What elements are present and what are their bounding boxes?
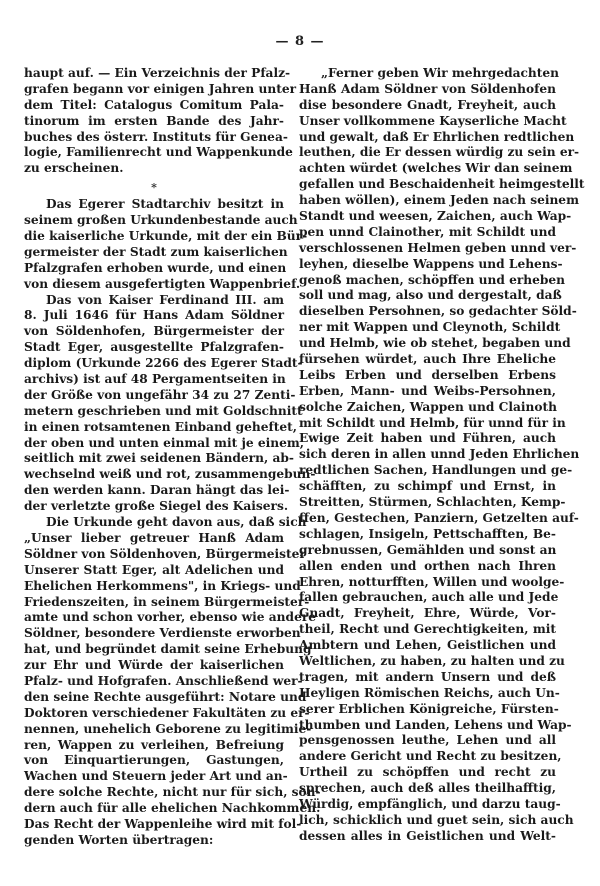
text-line: Pfalz- und Hofgrafen. Anschließend wer- bbox=[24, 674, 284, 690]
text-line: metern geschrieben und mit Goldschnitt bbox=[24, 404, 284, 420]
text-line: theil, Recht und Gerechtigkeiten, mit bbox=[299, 622, 556, 638]
text-line: von diesem ausgefertigten Wappenbrief. bbox=[24, 277, 284, 293]
text-line: Unserer Statt Eger, alt Adelichen und bbox=[24, 563, 284, 579]
text-line: Söldner von Söldenhoven, Bürgermeister bbox=[24, 547, 284, 563]
text-line: dem Titel: Catalogus Comitum Pala- bbox=[24, 98, 284, 114]
text-line: Ewige Zeit haben und Führen, auch bbox=[299, 431, 556, 447]
text-line: zur Ehr und Würde der kaiserlichen bbox=[24, 658, 284, 674]
text-line: gefallen und Beschaidenheit heimgestellt bbox=[299, 177, 556, 193]
text-line: Hanß Adam Söldner von Söldenhofen bbox=[299, 82, 556, 98]
text-line: Ehren, notturfften, Willen und woolge- bbox=[299, 575, 556, 591]
text-line: dise besondere Gnadt, Freyheit, auch bbox=[299, 98, 556, 114]
text-line: dern auch für alle ehelichen Nachkommen. bbox=[24, 801, 284, 817]
text-line: Söldner, besondere Verdienste erworben bbox=[24, 626, 284, 642]
text-line: mit Schildt und Helmb, für unnd für in bbox=[299, 416, 556, 432]
text-line: Erben, Mann- und Weibs-Persohnen, bbox=[299, 384, 556, 400]
text-line: seitlich mit zwei seidenen Bändern, ab- bbox=[24, 451, 284, 467]
text-line: sich deren in allen unnd Jeden Ehrlichen bbox=[299, 447, 556, 463]
text-line: von Einquartierungen, Gastungen, bbox=[24, 753, 284, 769]
text-line: Urtheil zu schöpffen und recht zu bbox=[299, 765, 556, 781]
right-column: „Ferner geben Wir mehrgedachtenHanß Adam… bbox=[299, 66, 556, 845]
text-line: genden Worten übertragen: bbox=[24, 833, 284, 849]
text-line: den werden kann. Daran hängt das lei- bbox=[24, 483, 284, 499]
text-line: thumben und Landen, Lehens und Wap- bbox=[299, 718, 556, 734]
text-line: Weltlichen, zu haben, zu halten und zu bbox=[299, 654, 556, 670]
text-line: Leibs Erben und derselben Erbens bbox=[299, 368, 556, 384]
text-line: den seine Rechte ausgeführt: Notare und bbox=[24, 690, 284, 706]
text-line: tragen, mit andern Unsern und deß bbox=[299, 670, 556, 686]
text-line: haben wöllen), einem Jeden nach seinem bbox=[299, 193, 556, 209]
text-line: und gewalt, daß Er Ehrlichen redtlichen bbox=[299, 130, 556, 146]
text-line: und Helmb, wie ob stehet, begaben und bbox=[299, 336, 556, 352]
text-line: der Größe von ungefähr 34 zu 27 Zenti- bbox=[24, 388, 284, 404]
text-line: von Söldenhofen, Bürgermeister der bbox=[24, 324, 284, 340]
text-line: lich, schicklich und guet sein, sich auc… bbox=[299, 813, 556, 829]
section-separator-asterisk: * bbox=[24, 177, 284, 197]
left-column: haupt auf. — Ein Verzeichnis der Pfalz-g… bbox=[24, 66, 284, 849]
text-line: Heyligen Römischen Reichs, auch Un- bbox=[299, 686, 556, 702]
text-line: tinorum im ersten Bande des Jahr- bbox=[24, 114, 284, 130]
text-line: pen unnd Clainother, mit Schildt und bbox=[299, 225, 556, 241]
text-line: schlagen, Insigeln, Pettschafften, Be- bbox=[299, 527, 556, 543]
text-line: serer Erblichen Königreiche, Fürsten- bbox=[299, 702, 556, 718]
text-line: der verletzte große Siegel des Kaisers. bbox=[24, 499, 284, 515]
text-line: grebnussen, Gemählden und sonst an bbox=[299, 543, 556, 559]
text-line: hat, und begründet damit seine Erhebung bbox=[24, 642, 284, 658]
text-line: leuthen, die Er dessen würdig zu sein er… bbox=[299, 145, 556, 161]
text-line: solche Zaichen, Wappen und Clainoth bbox=[299, 400, 556, 416]
text-line: fürsehen würdet, auch Ihre Eheliche bbox=[299, 352, 556, 368]
text-line: Die Urkunde geht davon aus, daß sich bbox=[24, 515, 284, 531]
text-line: zu erscheinen. bbox=[24, 161, 284, 177]
text-line: germeister der Stadt zum kaiserlichen bbox=[24, 245, 284, 261]
text-line: Ehelichen Herkommens", in Kriegs- und bbox=[24, 579, 284, 595]
text-line: Das von Kaiser Ferdinand III. am bbox=[24, 293, 284, 309]
text-line: sprechen, auch deß alles theilhafftig, bbox=[299, 781, 556, 797]
text-line: ner mit Wappen und Cleynoth, Schildt bbox=[299, 320, 556, 336]
text-line: der oben und unten einmal mit je einem, bbox=[24, 436, 284, 452]
text-line: wechselnd weiß und rot, zusammengebun- bbox=[24, 467, 284, 483]
text-line: Das Recht der Wappenleihe wird mit fol- bbox=[24, 817, 284, 833]
page-number: — 8 — bbox=[0, 34, 600, 49]
text-line: schäfften, zu schimpf und Ernst, in bbox=[299, 479, 556, 495]
text-line: allen enden und orthen nach Ihren bbox=[299, 559, 556, 575]
text-line: pensgenossen leuthe, Lehen und all bbox=[299, 733, 556, 749]
text-line: haupt auf. — Ein Verzeichnis der Pfalz- bbox=[24, 66, 284, 82]
text-line: diplom (Urkunde 2266 des Egerer Stadt- bbox=[24, 356, 284, 372]
text-line: Das Egerer Stadtarchiv besitzt in bbox=[24, 197, 284, 213]
text-line: seinem großen Urkundenbestande auch bbox=[24, 213, 284, 229]
text-line: Wachen und Steuern jeder Art und an- bbox=[24, 769, 284, 785]
text-line: Unser vollkommene Kayserliche Macht bbox=[299, 114, 556, 130]
text-line: Standt und weesen, Zaichen, auch Wap- bbox=[299, 209, 556, 225]
text-line: andere Gericht und Recht zu besitzen, bbox=[299, 749, 556, 765]
text-line: Streitten, Stürmen, Schlachten, Kemp- bbox=[299, 495, 556, 511]
text-line: logie, Familienrecht und Wappenkunde bbox=[24, 145, 284, 161]
text-line: Stadt Eger, ausgestellte Pfalzgrafen- bbox=[24, 340, 284, 356]
text-line: nennen, unehelich Geborene zu legitimie- bbox=[24, 722, 284, 738]
text-line: Würdig, empfänglich, und darzu taug- bbox=[299, 797, 556, 813]
text-line: archivs) ist auf 48 Pergamentseiten in bbox=[24, 372, 284, 388]
text-line: fallen gebrauchen, auch alle und Jede bbox=[299, 590, 556, 606]
text-line: 8. Juli 1646 für Hans Adam Söldner bbox=[24, 308, 284, 324]
text-line: „Ferner geben Wir mehrgedachten bbox=[299, 66, 556, 82]
text-line: Doktoren verschiedener Fakultäten zu er- bbox=[24, 706, 284, 722]
text-line: verschlossenen Helmen geben unnd ver- bbox=[299, 241, 556, 257]
text-line: Ambtern und Lehen, Geistlichen und bbox=[299, 638, 556, 654]
text-line: dieselben Persohnen, so gedachter Söld- bbox=[299, 304, 556, 320]
text-line: redtlichen Sachen, Handlungen und ge- bbox=[299, 463, 556, 479]
text-line: dessen alles in Geistlichen und Welt- bbox=[299, 829, 556, 845]
text-line: in einen rotsamtenen Einband geheftet, bbox=[24, 420, 284, 436]
text-line: die kaiserliche Urkunde, mit der ein Bür… bbox=[24, 229, 284, 245]
text-line: leyhen, dieselbe Wappens und Lehens- bbox=[299, 257, 556, 273]
text-line: dere solche Rechte, nicht nur für sich, … bbox=[24, 785, 284, 801]
text-line: genoß machen, schöpffen und erheben bbox=[299, 273, 556, 289]
text-line: grafen begann vor einigen Jahren unter bbox=[24, 82, 284, 98]
text-line: buches des österr. Instituts für Genea- bbox=[24, 130, 284, 146]
text-line: achten würdet (welches Wir dan seinem bbox=[299, 161, 556, 177]
text-line: amte und schon vorher, ebenso wie andere bbox=[24, 610, 284, 626]
text-line: ffen, Gestechen, Panziern, Getzelten auf… bbox=[299, 511, 556, 527]
text-line: Friedenszeiten, in seinem Bürgermeister- bbox=[24, 595, 284, 611]
text-line: ren, Wappen zu verleihen, Befreiung bbox=[24, 738, 284, 754]
text-line: Gnadt, Freyheit, Ehre, Würde, Vor- bbox=[299, 606, 556, 622]
text-line: „Unser lieber getreuer Hanß Adam bbox=[24, 531, 284, 547]
text-line: Pfalzgrafen erhoben wurde, und einen bbox=[24, 261, 284, 277]
text-line: soll und mag, also und dergestalt, daß bbox=[299, 288, 556, 304]
